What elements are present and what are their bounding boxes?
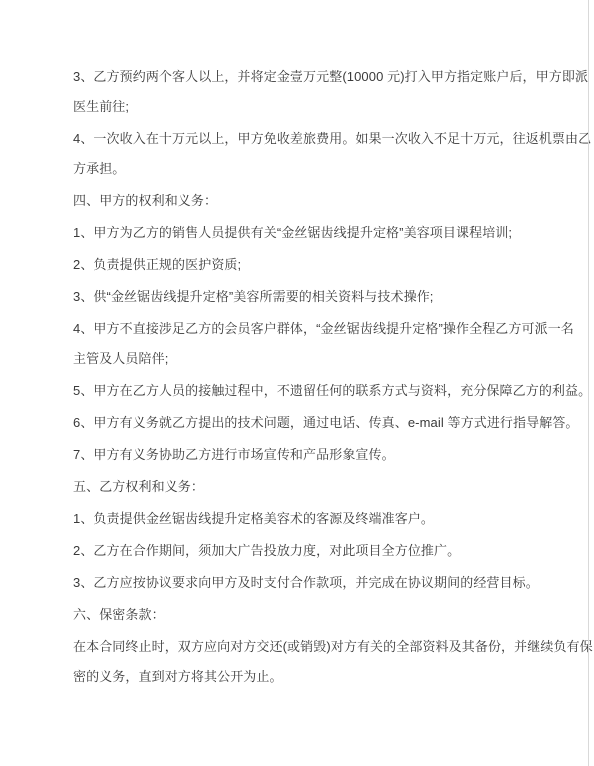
paragraph: 6、甲方有义务就乙方提出的技术问题，通过电话、传真、e-mail 等方式进行指导… — [73, 408, 536, 438]
text-line: 5、甲方在乙方人员的接触过程中，不遗留任何的联系方式与资料，充分保障乙方的利益。 — [73, 376, 536, 406]
paragraph: 2、负责提供正规的医护资质; — [73, 250, 536, 280]
text-line: 主管及人员陪伴; — [73, 344, 536, 374]
paragraph: 7、甲方有义务协助乙方进行市场宣传和产品形象宣传。 — [73, 440, 536, 470]
page-edge-line — [588, 0, 589, 766]
text-line: 1、甲方为乙方的销售人员提供有关“金丝锯齿线提升定格”美容项目课程培训; — [73, 218, 536, 248]
paragraph: 1、负责提供金丝锯齿线提升定格美容术的客源及终端准客户。 — [73, 504, 536, 534]
text-line: 7、甲方有义务协助乙方进行市场宣传和产品形象宣传。 — [73, 440, 536, 470]
text-line: 五、乙方权利和义务： — [73, 472, 536, 502]
document-page: 3、乙方预约两个客人以上，并将定金壹万元整(10000 元)打入甲方指定账户后，… — [0, 0, 594, 766]
text-line: 6、甲方有义务就乙方提出的技术问题，通过电话、传真、e-mail 等方式进行指导… — [73, 408, 536, 438]
text-line: 4、一次收入在十万元以上，甲方免收差旅费用。如果一次收入不足十万元，往返机票由乙 — [73, 124, 536, 154]
text-line: 医生前往; — [73, 92, 536, 122]
text-line: 3、乙方预约两个客人以上，并将定金壹万元整(10000 元)打入甲方指定账户后，… — [73, 62, 536, 92]
text-line: 4、甲方不直接涉足乙方的会员客户群体，“金丝锯齿线提升定格”操作全程乙方可派一名 — [73, 314, 536, 344]
paragraph: 1、甲方为乙方的销售人员提供有关“金丝锯齿线提升定格”美容项目课程培训; — [73, 218, 536, 248]
paragraph: 3、供“金丝锯齿线提升定格”美容所需要的相关资料与技术操作; — [73, 282, 536, 312]
paragraph: 四、甲方的权利和义务： — [73, 186, 536, 216]
paragraph: 5、甲方在乙方人员的接触过程中，不遗留任何的联系方式与资料，充分保障乙方的利益。 — [73, 376, 536, 406]
paragraph: 3、乙方预约两个客人以上，并将定金壹万元整(10000 元)打入甲方指定账户后，… — [73, 62, 536, 122]
text-line: 四、甲方的权利和义务： — [73, 186, 536, 216]
paragraph: 五、乙方权利和义务： — [73, 472, 536, 502]
paragraph: 4、一次收入在十万元以上，甲方免收差旅费用。如果一次收入不足十万元，往返机票由乙… — [73, 124, 536, 184]
paragraph: 六、保密条款： — [73, 600, 536, 630]
paragraph: 3、乙方应按协议要求向甲方及时支付合作款项，并完成在协议期间的经营目标。 — [73, 568, 536, 598]
text-line: 3、供“金丝锯齿线提升定格”美容所需要的相关资料与技术操作; — [73, 282, 536, 312]
paragraph: 4、甲方不直接涉足乙方的会员客户群体，“金丝锯齿线提升定格”操作全程乙方可派一名… — [73, 314, 536, 374]
text-line: 2、乙方在合作期间，须加大广告投放力度，对此项目全方位推广。 — [73, 536, 536, 566]
text-line: 3、乙方应按协议要求向甲方及时支付合作款项，并完成在协议期间的经营目标。 — [73, 568, 536, 598]
text-line: 六、保密条款： — [73, 600, 536, 630]
text-line: 1、负责提供金丝锯齿线提升定格美容术的客源及终端准客户。 — [73, 504, 536, 534]
text-line: 在本合同终止时，双方应向对方交还(或销毁)对方有关的全部资料及其备份，并继续负有… — [73, 632, 536, 662]
document-body: 3、乙方预约两个客人以上，并将定金壹万元整(10000 元)打入甲方指定账户后，… — [73, 62, 536, 694]
text-line: 2、负责提供正规的医护资质; — [73, 250, 536, 280]
text-line: 密的义务，直到对方将其公开为止。 — [73, 662, 536, 692]
paragraph: 2、乙方在合作期间，须加大广告投放力度，对此项目全方位推广。 — [73, 536, 536, 566]
paragraph: 在本合同终止时，双方应向对方交还(或销毁)对方有关的全部资料及其备份，并继续负有… — [73, 632, 536, 692]
text-line: 方承担。 — [73, 154, 536, 184]
